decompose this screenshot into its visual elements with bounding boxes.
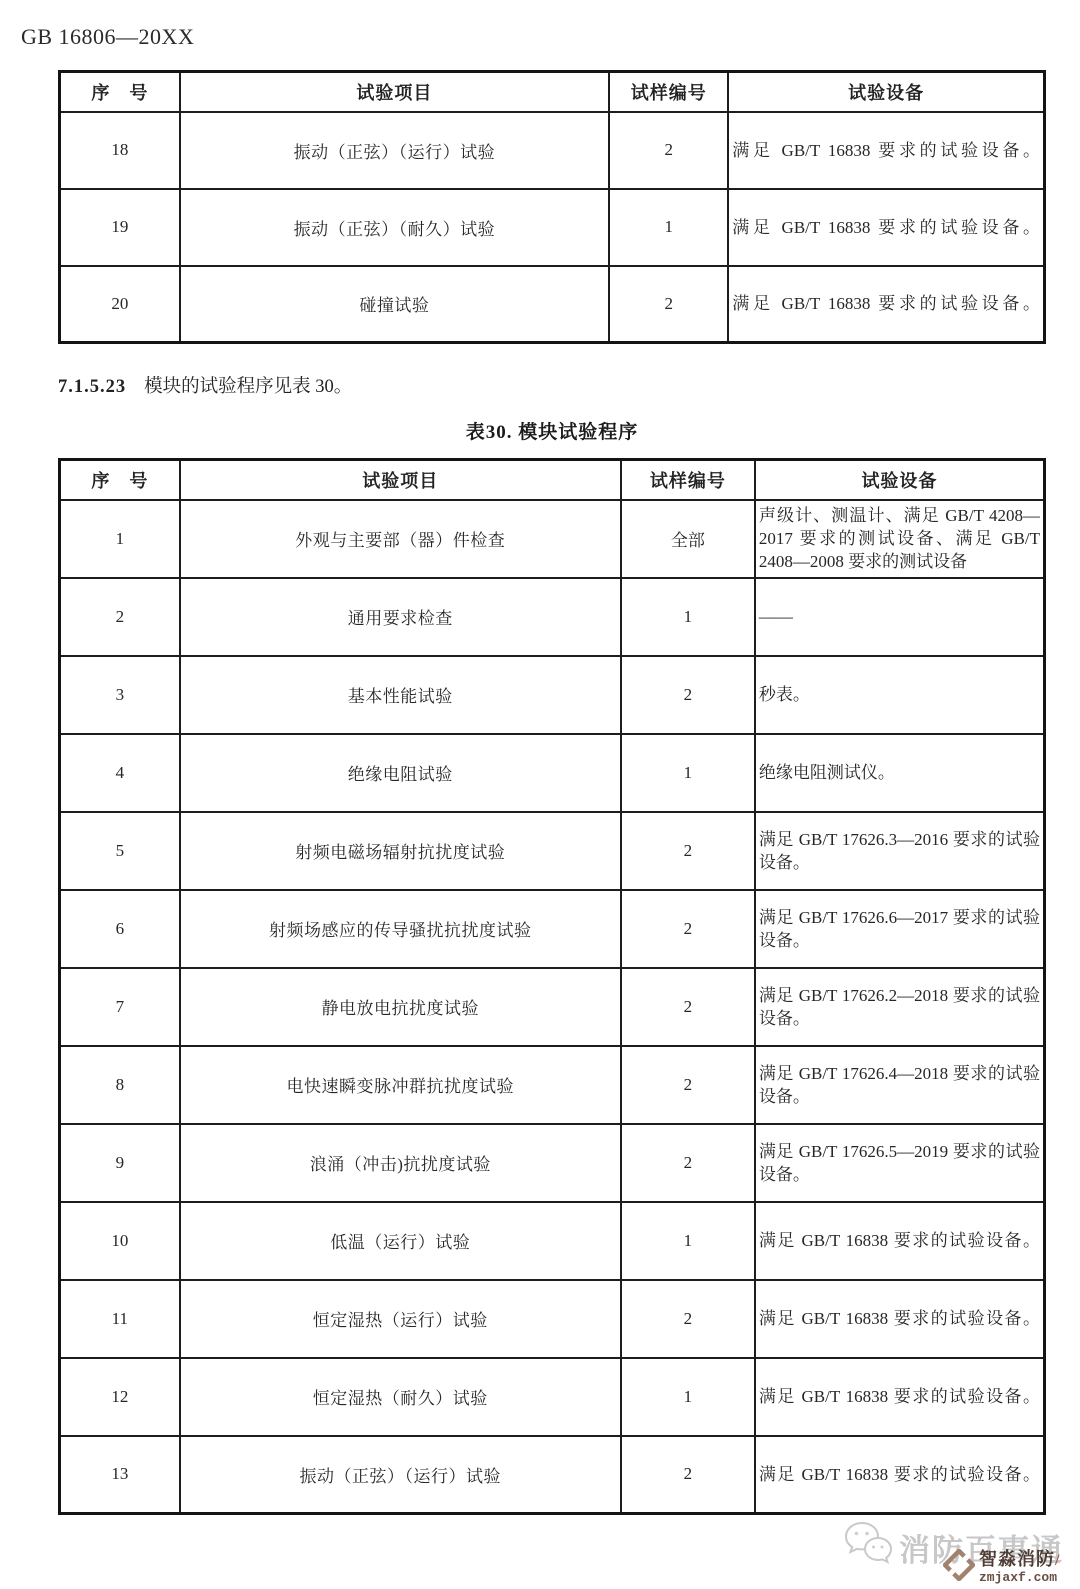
section-paragraph: 7.1.5.23模块的试验程序见表 30。 [58,372,352,398]
table-cell: 11 [60,1280,180,1358]
table-cell: 电快速瞬变脉冲群抗扰度试验 [180,1046,621,1124]
table-cell: 绝缘电阻试验 [180,734,621,812]
table-cell: 1 [609,189,728,266]
table-cell: 4 [60,734,180,812]
column-header: 序 号 [60,460,180,500]
table-cell: 2 [60,578,180,656]
table-cell: 绝缘电阻测试仪。 [755,734,1045,812]
table-cell: 1 [621,1202,755,1280]
table-row: 19振动（正弦）（耐久）试验1满足 GB/T 16838 要求的试验设备。 [60,189,1045,266]
table-cell: 1 [621,578,755,656]
table-row: 7静电放电抗扰度试验2满足 GB/T 17626.2—2018 要求的试验设备。 [60,968,1045,1046]
table-cell: 满足 GB/T 16838 要求的试验设备。 [755,1202,1045,1280]
table-cell: 振动（正弦）（耐久）试验 [180,189,609,266]
doc-code: GB 16806—20XX [21,24,194,50]
table-cell: 外观与主要部（器）件检查 [180,500,621,578]
table-cell: 声级计、测温计、满足 GB/T 4208—2017 要求的测试设备、满足 GB/… [755,500,1045,578]
column-header: 试验项目 [180,460,621,500]
section-number: 7.1.5.23 [58,377,126,397]
table-cell: 通用要求检查 [180,578,621,656]
table-cell: 20 [60,266,180,343]
chat-bubbles-icon [843,1520,893,1574]
table-cell: 低温（运行）试验 [180,1202,621,1280]
table-cell: 满足 GB/T 17626.3—2016 要求的试验设备。 [755,812,1045,890]
table-row: 12恒定湿热（耐久）试验1满足 GB/T 16838 要求的试验设备。 [60,1358,1045,1436]
column-header: 试样编号 [609,72,728,112]
table-cell: 满足 GB/T 17626.5—2019 要求的试验设备。 [755,1124,1045,1202]
table-cell: 静电放电抗扰度试验 [180,968,621,1046]
table-cell: 8 [60,1046,180,1124]
table-cell: 碰撞试验 [180,266,609,343]
table-cell: 2 [621,1124,755,1202]
table-cell: 满足 GB/T 16838 要求的试验设备。 [728,266,1044,343]
table-cell: 19 [60,189,180,266]
table-row: 13振动（正弦）（运行）试验2满足 GB/T 16838 要求的试验设备。 [60,1436,1045,1514]
table-cell: 满足 GB/T 17626.2—2018 要求的试验设备。 [755,968,1045,1046]
table-cell: 满足 GB/T 16838 要求的试验设备。 [755,1436,1045,1514]
table-cell: 2 [621,890,755,968]
table-cell: 振动（正弦）（运行）试验 [180,1436,621,1514]
table-row: 11恒定湿热（运行）试验2满足 GB/T 16838 要求的试验设备。 [60,1280,1045,1358]
table-cell: 2 [621,968,755,1046]
table-cell: 2 [621,656,755,734]
table-cell: 振动（正弦）（运行）试验 [180,112,609,189]
table-cell: 浪涌（冲击)抗扰度试验 [180,1124,621,1202]
table-cell: 1 [621,1358,755,1436]
table-cell: —— [755,578,1045,656]
table-row: 5射频电磁场辐射抗扰度试验2满足 GB/T 17626.3—2016 要求的试验… [60,812,1045,890]
table-cell: 2 [609,112,728,189]
table-row: 1外观与主要部（器）件检查全部声级计、测温计、满足 GB/T 4208—2017… [60,500,1045,578]
table-cell: 7 [60,968,180,1046]
table-cell: 满足 GB/T 16838 要求的试验设备。 [755,1358,1045,1436]
table-cell: 射频电磁场辐射抗扰度试验 [180,812,621,890]
table-row: 6射频场感应的传导骚扰抗扰度试验2满足 GB/T 17626.6—2017 要求… [60,890,1045,968]
table-cell: 恒定湿热（运行）试验 [180,1280,621,1358]
table-cell: 满足 GB/T 17626.4—2018 要求的试验设备。 [755,1046,1045,1124]
column-header: 试验设备 [755,460,1045,500]
table-cell: 6 [60,890,180,968]
site-logo: 智淼消防 / zmjaxf.com [943,1549,1059,1586]
module-test-procedure-table: 序 号试验项目试样编号试验设备 1外观与主要部（器）件检查全部声级计、测温计、满… [58,458,1046,1515]
table-row: 8电快速瞬变脉冲群抗扰度试验2满足 GB/T 17626.4—2018 要求的试… [60,1046,1045,1124]
table-cell: 全部 [621,500,755,578]
table-cell: 10 [60,1202,180,1280]
logo-stroke-mark: / [1055,1552,1059,1570]
table-cell: 12 [60,1358,180,1436]
table-cell: 3 [60,656,180,734]
test-procedure-table-continued: 序 号试验项目试样编号试验设备 18振动（正弦）（运行）试验2满足 GB/T 1… [58,70,1046,344]
table-cell: 基本性能试验 [180,656,621,734]
section-text: 模块的试验程序见表 30。 [144,377,352,397]
logo-name: 智淼消防 [979,1550,1055,1568]
table-header-row: 序 号试验项目试样编号试验设备 [60,460,1045,500]
logo-url: zmjaxf.com [979,1570,1059,1585]
table-cell: 18 [60,112,180,189]
table-cell: 5 [60,812,180,890]
table-cell: 2 [621,812,755,890]
table-cell: 2 [621,1046,755,1124]
table-row: 9浪涌（冲击)抗扰度试验2满足 GB/T 17626.5—2019 要求的试验设… [60,1124,1045,1202]
table-cell: 1 [621,734,755,812]
table-header-row: 序 号试验项目试样编号试验设备 [60,72,1045,112]
column-header: 序 号 [60,72,180,112]
table-row: 20碰撞试验2满足 GB/T 16838 要求的试验设备。 [60,266,1045,343]
table30-title: 表30. 模块试验程序 [58,417,1046,444]
table-row: 3基本性能试验2秒表。 [60,656,1045,734]
table-row: 10低温（运行）试验1满足 GB/T 16838 要求的试验设备。 [60,1202,1045,1280]
table-cell: 满足 GB/T 17626.6—2017 要求的试验设备。 [755,890,1045,968]
table-cell: 满足 GB/T 16838 要求的试验设备。 [728,189,1044,266]
table-cell: 2 [621,1436,755,1514]
table-cell: 满足 GB/T 16838 要求的试验设备。 [728,112,1044,189]
table-cell: 满足 GB/T 16838 要求的试验设备。 [755,1280,1045,1358]
table-cell: 2 [609,266,728,343]
table-cell: 2 [621,1280,755,1358]
column-header: 试验设备 [728,72,1044,112]
table-cell: 射频场感应的传导骚扰抗扰度试验 [180,890,621,968]
column-header: 试样编号 [621,460,755,500]
table-cell: 9 [60,1124,180,1202]
table-cell: 1 [60,500,180,578]
table-cell: 秒表。 [755,656,1045,734]
table-cell: 恒定湿热（耐久）试验 [180,1358,621,1436]
table-cell: 13 [60,1436,180,1514]
table-row: 18振动（正弦）（运行）试验2满足 GB/T 16838 要求的试验设备。 [60,112,1045,189]
column-header: 试验项目 [180,72,609,112]
diamond-logo-icon [943,1549,975,1586]
table-row: 4绝缘电阻试验1绝缘电阻测试仪。 [60,734,1045,812]
table-row: 2通用要求检查1—— [60,578,1045,656]
